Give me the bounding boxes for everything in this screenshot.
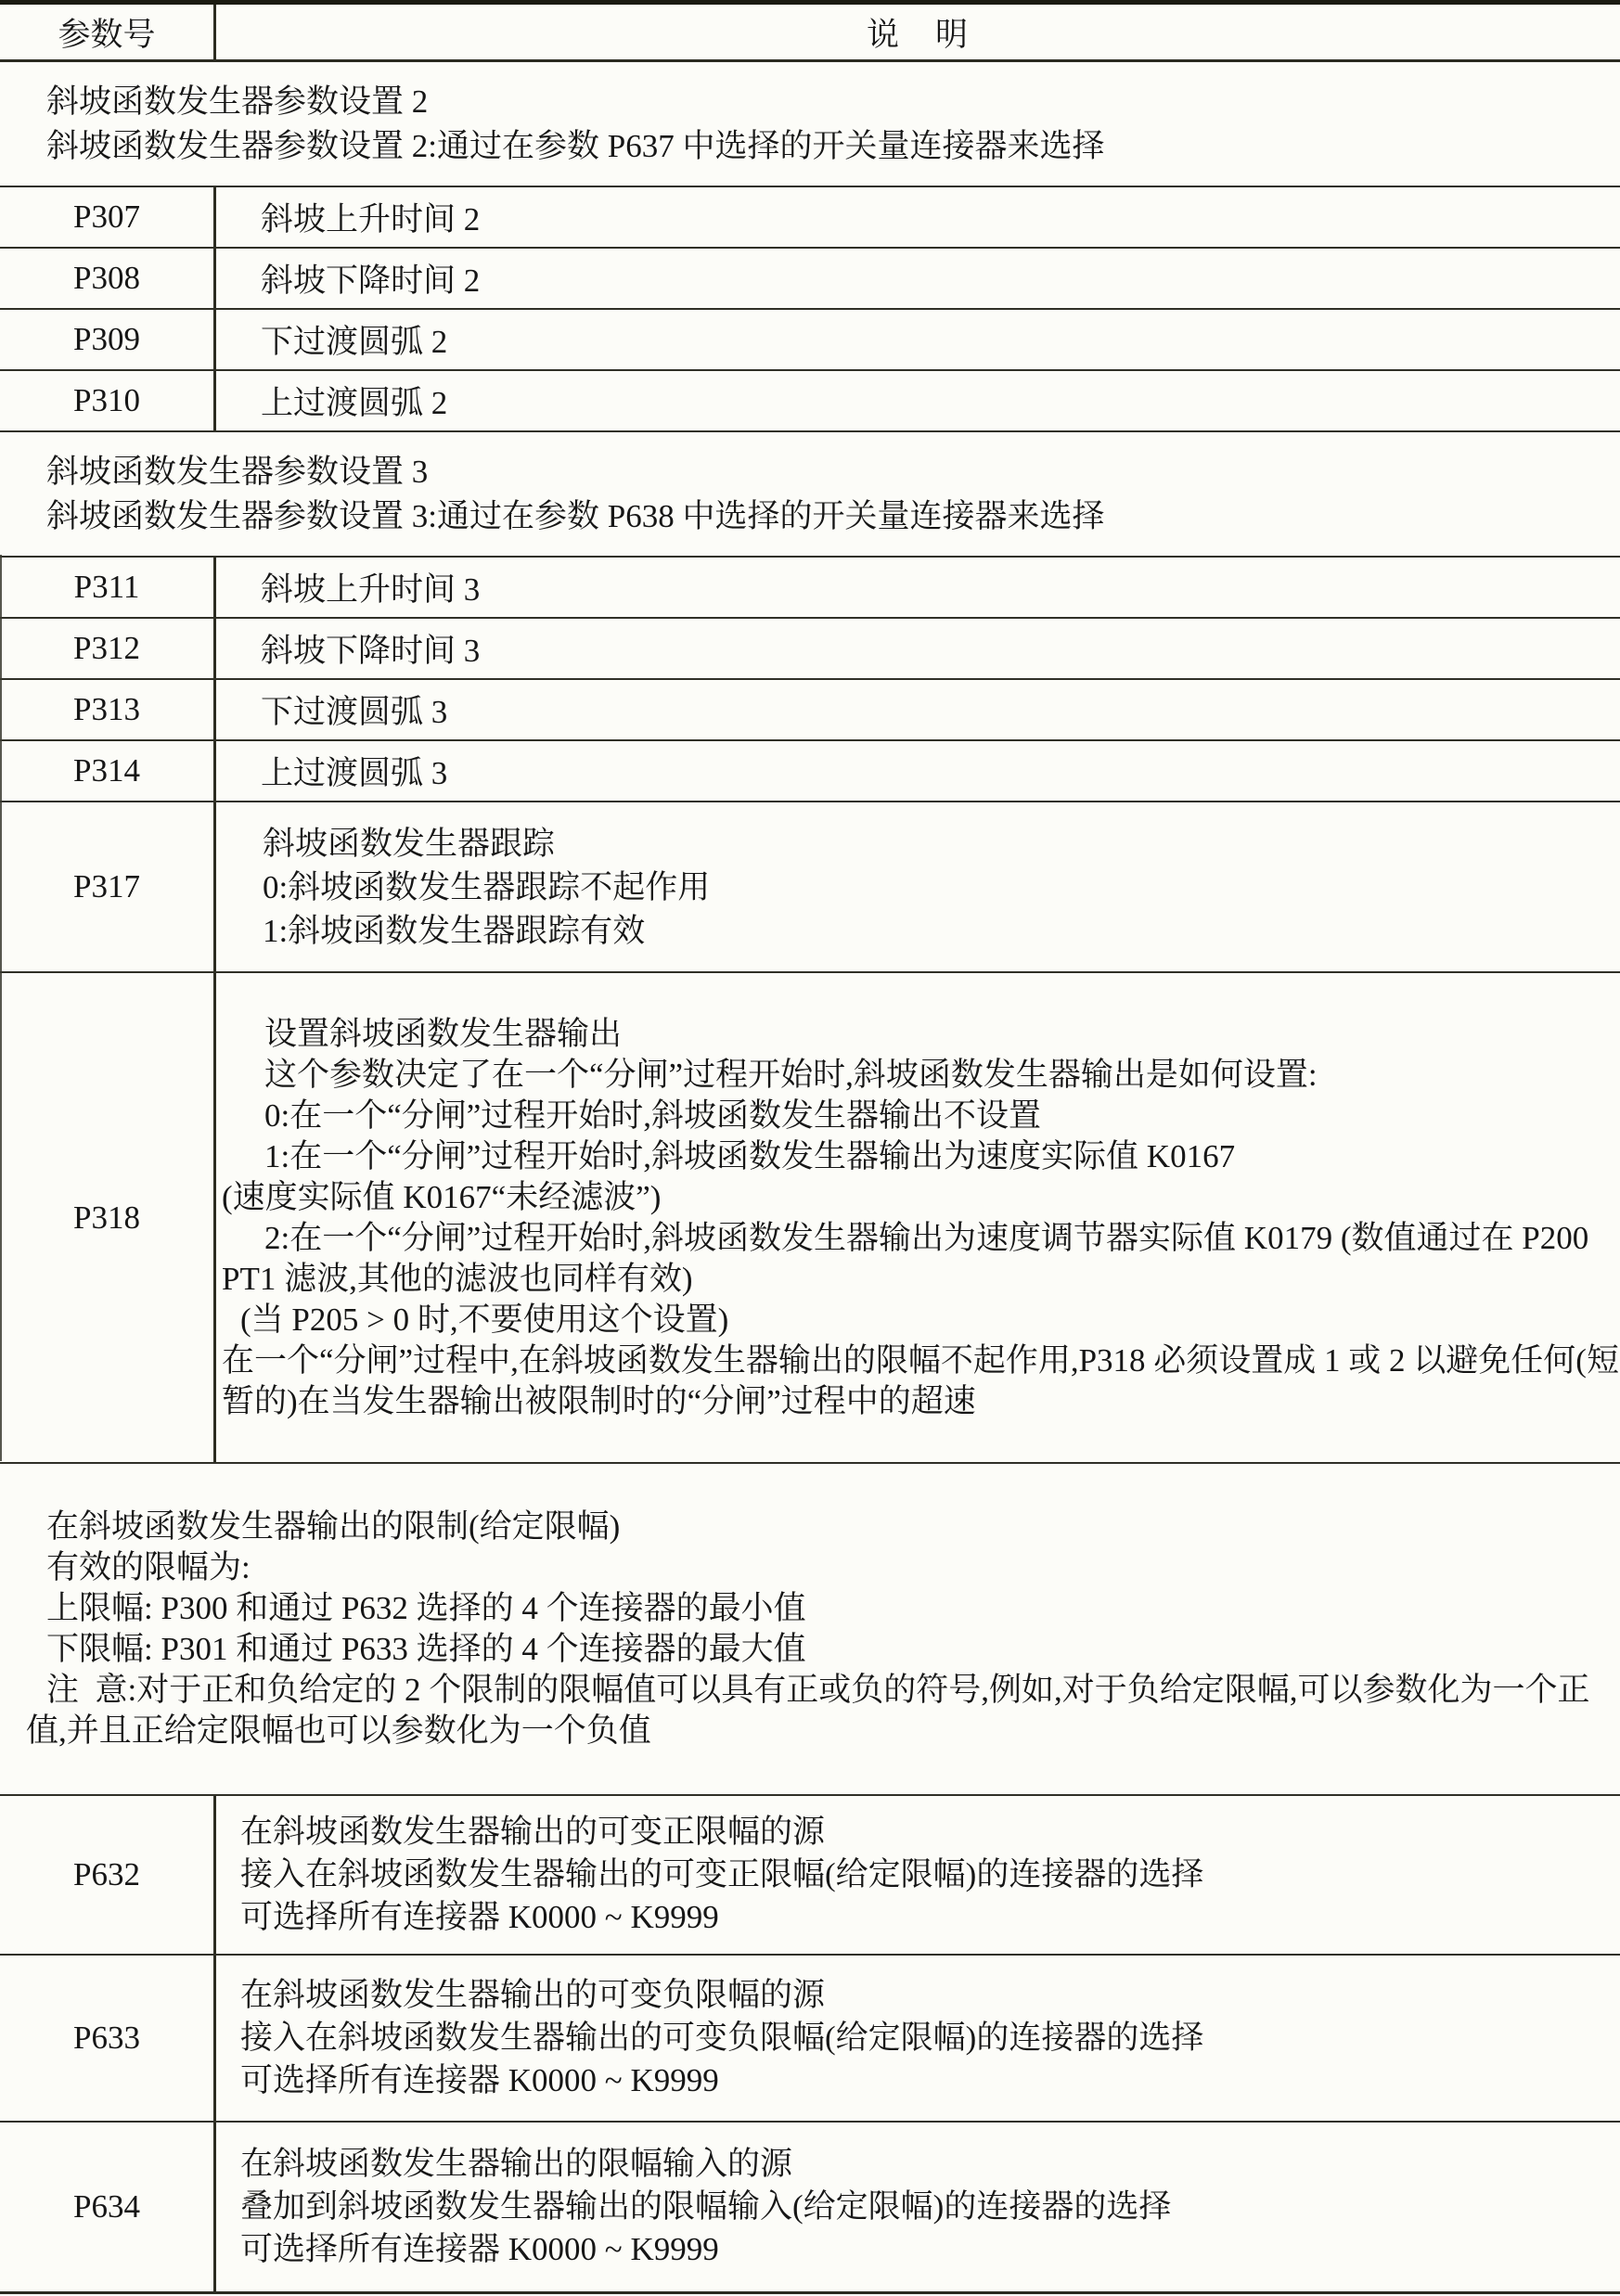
table-row-p313: P313 下过渡圆弧 3 <box>0 680 1620 741</box>
param-desc: 斜坡下降时间 2 <box>261 255 1620 301</box>
param-number: P308 <box>0 249 216 308</box>
param-number: P310 <box>0 371 216 430</box>
param-desc-line: 接入在斜坡函数发生器输出的可变负限幅(给定限幅)的连接器的选择 <box>240 2017 1620 2059</box>
table-row-p309: P309 下过渡圆弧 2 <box>0 310 1620 371</box>
header-desc-col: 说 明 <box>216 5 1620 59</box>
param-desc-line: 接入在斜坡函数发生器输出的可变正限幅(给定限幅)的连接器的选择 <box>240 1853 1620 1896</box>
param-desc-line: 在斜坡函数发生器输出的可变负限幅的源 <box>240 1974 1620 2017</box>
param-number: P632 <box>0 1796 216 1954</box>
scanned-manual-page: 参数号 说 明 斜坡函数发生器参数设置 2 斜坡函数发生器参数设置 2:通过在参… <box>0 0 1620 2296</box>
param-desc-line: 2:在一个“分闸”过程开始时,斜坡函数发生器输出为速度调节器实际值 K0179 … <box>222 1218 1620 1259</box>
table-row-p318: P318 设置斜坡函数发生器输出 这个参数决定了在一个“分闸”过程开始时,斜坡函… <box>0 973 1620 1464</box>
param-desc-line: 设置斜坡函数发生器输出 <box>222 1014 1620 1055</box>
param-desc-line: 这个参数决定了在一个“分闸”过程开始时,斜坡函数发生器输出是如何设置: <box>222 1055 1620 1096</box>
table-row-p634: P634 在斜坡函数发生器输出的限幅输入的源 叠加到斜坡函数发生器输出的限幅输入… <box>0 2123 1620 2294</box>
param-desc: 斜坡下降时间 3 <box>261 625 1620 672</box>
param-number: P634 <box>0 2123 216 2291</box>
table-row-p317: P317 斜坡函数发生器跟踪 0:斜坡函数发生器跟踪不起作用 1:斜坡函数发生器… <box>0 802 1620 973</box>
param-desc: 上过渡圆弧 3 <box>261 748 1620 794</box>
param-desc-line: 0:在一个“分闸”过程开始时,斜坡函数发生器输出不设置 <box>222 1096 1620 1136</box>
param-number: P633 <box>0 1956 216 2121</box>
param-number: P307 <box>0 187 216 247</box>
param-desc-line: 可选择所有连接器 K0000 ~ K9999 <box>240 2228 1620 2271</box>
param-desc: 斜坡上升时间 3 <box>261 564 1620 610</box>
param-number: P309 <box>0 310 216 369</box>
param-desc-line: PT1 滤波,其他的滤波也同样有效) <box>222 1259 1620 1300</box>
param-number: P311 <box>0 558 216 617</box>
parameter-table: 参数号 说 明 斜坡函数发生器参数设置 2 斜坡函数发生器参数设置 2:通过在参… <box>0 0 1620 2294</box>
table-row-p307: P307 斜坡上升时间 2 <box>0 187 1620 249</box>
section2-intro: 斜坡函数发生器参数设置 2 斜坡函数发生器参数设置 2:通过在参数 P637 中… <box>0 62 1620 187</box>
table-row-p314: P314 上过渡圆弧 3 <box>0 741 1620 802</box>
param-desc-line: (当 P205 > 0 时,不要使用这个设置) <box>222 1300 1620 1340</box>
section2-subtitle: 斜坡函数发生器参数设置 2:通过在参数 P637 中选择的开关量连接器来选择 <box>26 124 1620 169</box>
param-desc-line: 1:在一个“分闸”过程开始时,斜坡函数发生器输出为速度实际值 K0167 <box>222 1136 1620 1177</box>
limit-note-line: 下限幅: P301 和通过 P633 选择的 4 个连接器的最大值 <box>26 1629 1620 1670</box>
limit-note-line: 上限幅: P300 和通过 P632 选择的 4 个连接器的最小值 <box>26 1588 1620 1629</box>
limit-note-line: 有效的限幅为: <box>26 1547 1620 1588</box>
param-desc-line: 暂的)在当发生器输出被限制时的“分闸”过程中的超速 <box>222 1381 1620 1422</box>
param-number: P314 <box>0 741 216 801</box>
section3-intro: 斜坡函数发生器参数设置 3 斜坡函数发生器参数设置 3:通过在参数 P638 中… <box>0 432 1620 558</box>
header-param-col: 参数号 <box>0 5 216 59</box>
table-row-p632: P632 在斜坡函数发生器输出的可变正限幅的源 接入在斜坡函数发生器输出的可变正… <box>0 1796 1620 1956</box>
param-desc: 下过渡圆弧 3 <box>261 686 1620 733</box>
param-desc-line: 可选择所有连接器 K0000 ~ K9999 <box>240 1896 1620 1939</box>
table-row-p311: P311 斜坡上升时间 3 <box>0 558 1620 619</box>
param-desc: 上过渡圆弧 2 <box>261 378 1620 424</box>
param-number: P318 <box>0 973 216 1462</box>
param-number: P317 <box>0 802 216 971</box>
param-desc-line: 斜坡函数发生器跟踪 <box>263 822 1620 866</box>
limit-note-line: 在斜坡函数发生器输出的限制(给定限幅) <box>26 1507 1620 1547</box>
param-desc-line: 在一个“分闸”过程中,在斜坡函数发生器输出的限幅不起作用,P318 必须设置成 … <box>222 1340 1620 1381</box>
scan-left-edge-artifact <box>0 555 2 1461</box>
section3-subtitle: 斜坡函数发生器参数设置 3:通过在参数 P638 中选择的开关量连接器来选择 <box>26 494 1620 539</box>
param-desc-line: (速度实际值 K0167“未经滤波”) <box>222 1177 1620 1218</box>
param-desc: 斜坡上升时间 2 <box>261 194 1620 240</box>
limit-note-line: 值,并且正给定限幅也可以参数化为一个负值 <box>26 1711 1620 1751</box>
section3-title: 斜坡函数发生器参数设置 3 <box>26 450 1620 494</box>
param-desc-line: 在斜坡函数发生器输出的可变正限幅的源 <box>240 1811 1620 1853</box>
table-header-row: 参数号 说 明 <box>0 5 1620 62</box>
param-desc: 下过渡圆弧 2 <box>261 316 1620 363</box>
param-desc-line: 1:斜坡函数发生器跟踪有效 <box>263 909 1620 953</box>
table-row-p633: P633 在斜坡函数发生器输出的可变负限幅的源 接入在斜坡函数发生器输出的可变负… <box>0 1956 1620 2123</box>
param-desc-line: 在斜坡函数发生器输出的限幅输入的源 <box>240 2143 1620 2186</box>
section2-title: 斜坡函数发生器参数设置 2 <box>26 80 1620 124</box>
table-row-p308: P308 斜坡下降时间 2 <box>0 249 1620 310</box>
table-row-p312: P312 斜坡下降时间 3 <box>0 619 1620 680</box>
param-number: P312 <box>0 619 216 678</box>
param-number: P313 <box>0 680 216 739</box>
param-desc-line: 0:斜坡函数发生器跟踪不起作用 <box>263 866 1620 909</box>
table-row-p310: P310 上过渡圆弧 2 <box>0 371 1620 432</box>
param-desc-line: 可选择所有连接器 K0000 ~ K9999 <box>240 2059 1620 2102</box>
limit-note-block: 在斜坡函数发生器输出的限制(给定限幅) 有效的限幅为: 上限幅: P300 和通… <box>0 1464 1620 1796</box>
param-desc-line: 叠加到斜坡函数发生器输出的限幅输入(给定限幅)的连接器的选择 <box>240 2186 1620 2228</box>
limit-note-line: 注 意:对于正和负给定的 2 个限制的限幅值可以具有正或负的符号,例如,对于负给… <box>26 1670 1620 1711</box>
